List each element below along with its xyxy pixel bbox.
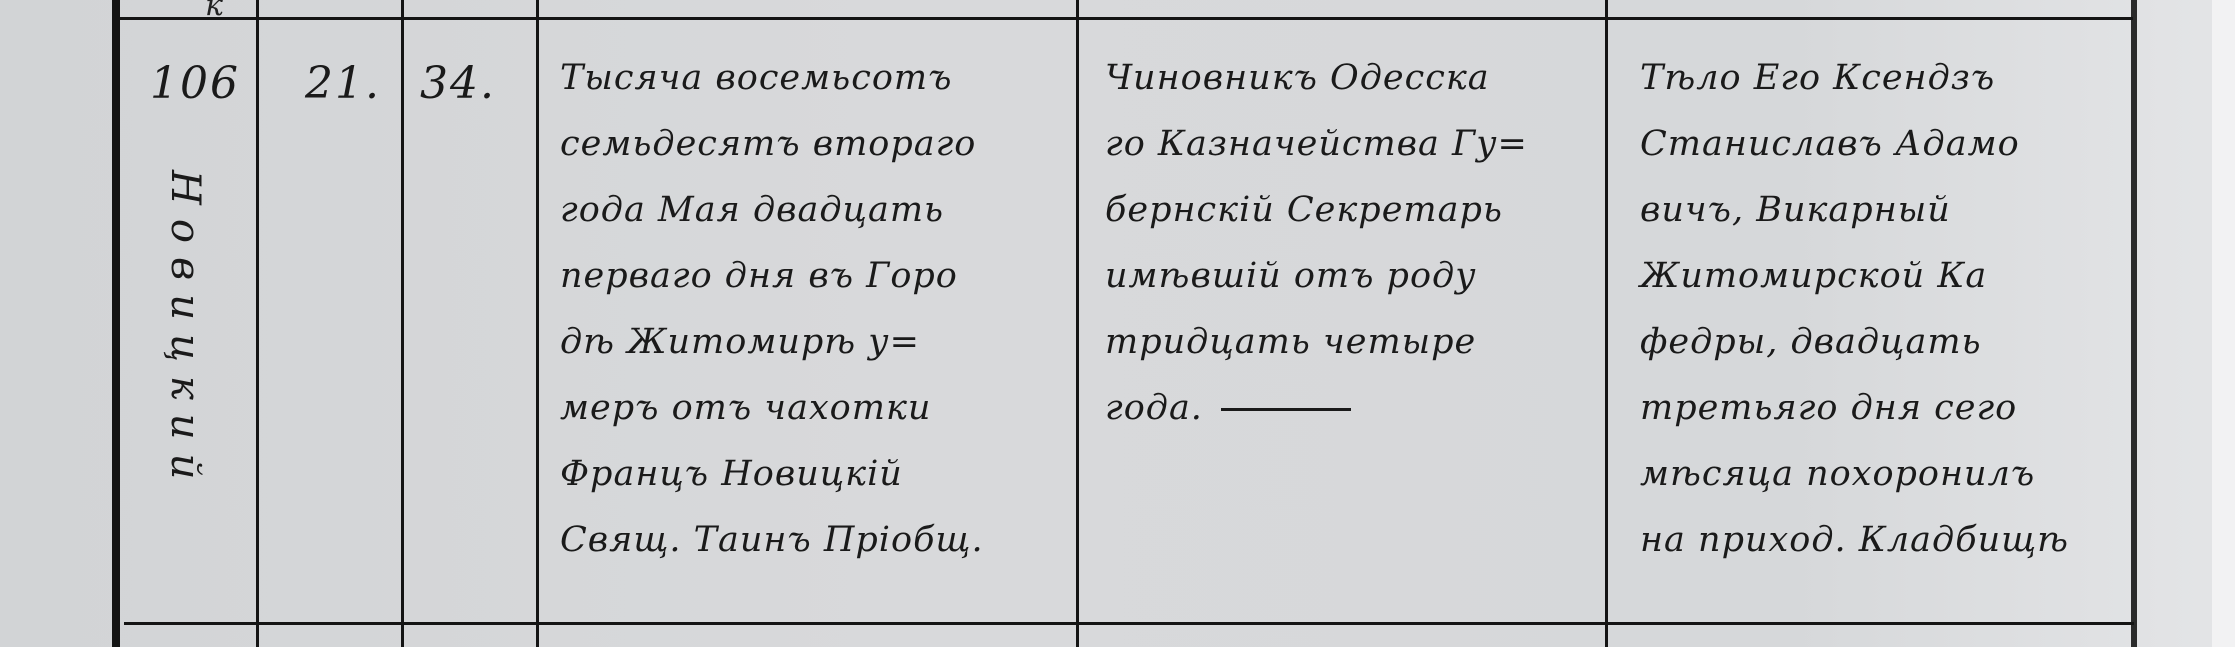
status-record-line: бернскій Секретарь [1105, 177, 1528, 243]
status-record-line: года. [1105, 375, 1528, 441]
burial-record-line: вичъ, Викарный [1640, 177, 2069, 243]
right-border-line [2131, 0, 2137, 647]
death-record-line: Свящ. Таинъ Пріобщ. [560, 507, 984, 573]
burial-record-line: Житомирской Ка [1640, 243, 2069, 309]
burial-record-line: на приход. Кладбищѣ [1640, 507, 2069, 573]
death-record-line: дѣ Житомирѣ у= [560, 309, 984, 375]
age: 34. [420, 58, 496, 109]
top-row-line [118, 17, 2133, 20]
death-record-line: меръ отъ чахотки [560, 375, 984, 441]
burial-record-line: мѣсяца похоронилъ [1640, 441, 2069, 507]
status-record-line: Чиновникъ Одесска [1105, 45, 1528, 111]
death-record-line: Тысяча восемьсотъ [560, 45, 984, 111]
column-divider-5 [1605, 0, 1608, 647]
day-of-death: 21. [305, 58, 381, 109]
column-divider-2 [401, 0, 404, 647]
column-divider-1 [256, 0, 259, 647]
surname-vertical: Новицкий [162, 170, 208, 493]
status-record-line-text: года. [1105, 388, 1203, 428]
death-record-line: Францъ Новицкій [560, 441, 984, 507]
status-record-text: Чиновникъ Одесска го Казначейства Гу= бе… [1105, 45, 1528, 441]
burial-record-line: федры, двадцать [1640, 309, 2069, 375]
death-record-line: семьдесятъ втораго [560, 111, 984, 177]
record-number: 106 [150, 58, 240, 109]
column-divider-3 [536, 0, 539, 647]
register-page: к 106 Новицкий 21. 34. Тысяча восемьсотъ… [0, 0, 2235, 647]
column-divider-4 [1076, 0, 1079, 647]
burial-record-line: третьяго дня сего [1640, 375, 2069, 441]
death-record-line: перваго дня въ Горо [560, 243, 984, 309]
burial-record-text: Тѣло Его Ксендзъ Станиславъ Адамо вичъ, … [1640, 45, 2069, 573]
death-record-line: года Мая двадцать [560, 177, 984, 243]
bottom-row-line [124, 622, 2134, 625]
status-record-line: тридцать четыре [1105, 309, 1528, 375]
burial-record-line: Тѣло Его Ксендзъ [1640, 45, 2069, 111]
death-record-text: Тысяча восемьсотъ семьдесятъ втораго год… [560, 45, 984, 573]
status-record-line: го Казначейства Гу= [1105, 111, 1528, 177]
closing-dash [1221, 408, 1351, 411]
burial-record-line: Станиславъ Адамо [1640, 111, 2069, 177]
page-edge [2212, 0, 2235, 647]
status-record-line: имѣвшій отъ роду [1105, 243, 1528, 309]
left-border-line [112, 0, 120, 647]
margin-fragment: к [205, 0, 223, 23]
